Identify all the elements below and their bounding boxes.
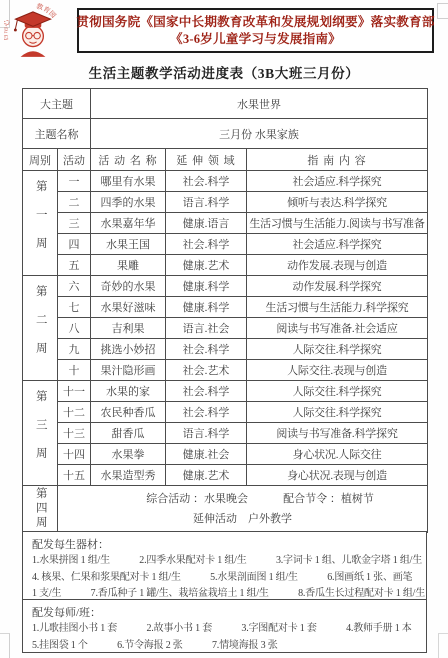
big-theme-value: 水果世界 (91, 89, 428, 119)
banner-line-1: 贯彻国务院《国家中长期教育改革和发展规划纲要》落实教育部 (76, 14, 434, 31)
activity-name: 挑选小妙招 (91, 339, 166, 360)
week-4-row: 第四周 综合活动 ：水果晚会配合节令 ：植树节 延伸活动 户外教学 (23, 486, 428, 533)
big-theme-row: 大主题 水果世界 (23, 89, 428, 119)
schedule-table: 大主题 水果世界 主题名称 三月份 水果家族 周别 活动 活 动 名 称 延 伸… (22, 88, 428, 533)
guide-content: 身心状况.人际交往 (247, 444, 428, 465)
activity-name: 水果的家 (91, 381, 166, 402)
materials-line: 5.挂图袋 1 个 6.节令海报 2 张 7.情境海报 3 张 (32, 638, 417, 655)
activity-row: 二 四季的水果 语言.科学 倾听与表达.科学探究 (23, 192, 428, 213)
activity-no: 二 (58, 192, 91, 213)
activity-name: 甜香瓜 (91, 423, 166, 444)
week-4-content-cell: 综合活动 ：水果晚会配合节令 ：植树节 延伸活动 户外教学 (58, 486, 428, 533)
guide-content: 动作发展.表现与创造 (247, 255, 428, 276)
extension-domain: 社会.科学 (166, 402, 247, 423)
activity-name: 水果好滋味 (91, 297, 166, 318)
activity-row: 第三周 十一 水果的家 社会.科学 人际交往.科学探究 (23, 381, 428, 402)
materials-line: 1.水果拼图 1 组/生 2.四季水果配对卡 1 组/生 3.字词卡 1 组、儿… (32, 553, 417, 570)
activity-no: 十三 (58, 423, 91, 444)
guide-content: 动作发展.科学探究 (247, 276, 428, 297)
week-4-line-1: 综合活动 ：水果晚会配合节令 ：植树节 (58, 489, 427, 509)
materials-per-teacher-box: 配发每师/班： 1.儿歌挂图小书 1 套 2.故事小书 1 套 3.字图配对卡 … (22, 599, 427, 653)
activity-row: 十四 水果拳 健康.社会 身心状况.人际交往 (23, 444, 428, 465)
guide-content: 人际交往.表现与创造 (247, 360, 428, 381)
activity-name: 哪里有水果 (91, 171, 166, 192)
activity-no: 六 (58, 276, 91, 297)
activity-no: 八 (58, 318, 91, 339)
activity-no: 四 (58, 234, 91, 255)
corner-mark-top-right (437, 3, 448, 19)
guide-content: 人际交往.科学探究 (247, 402, 428, 423)
week-3-label-cell: 第三周 (23, 381, 58, 486)
activity-name: 四季的水果 (91, 192, 166, 213)
week-2-label-cell: 第二周 (23, 276, 58, 381)
activity-name: 奇妙的水果 (91, 276, 166, 297)
guide-content: 阅读与书写准备.科学探究 (247, 423, 428, 444)
guide-content: 生活习惯与生活能力.科学探究 (247, 297, 428, 318)
guide-content: 社会适应.科学探究 (247, 171, 428, 192)
activity-row: 十五 水果造型秀 健康.艺术 身心状况.表现与创造 (23, 465, 428, 486)
activity-no: 十一 (58, 381, 91, 402)
activity-row: 第二周 六 奇妙的水果 健康.科学 动作发展.科学探究 (23, 276, 428, 297)
guide-content: 倾听与表达.科学探究 (247, 192, 428, 213)
activity-name: 水果拳 (91, 444, 166, 465)
theme-name-label: 主题名称 (23, 119, 91, 149)
extension-domain: 社会.科学 (166, 339, 247, 360)
materials-per-teacher-title: 配发每师/班： (32, 605, 417, 621)
activity-name: 水果造型秀 (91, 465, 166, 486)
activity-no: 十五 (58, 465, 91, 486)
activity-name: 果汁隐形画 (91, 360, 166, 381)
activity-no: 十 (58, 360, 91, 381)
materials-per-student-box: 配发每生器材： 1.水果拼图 1 组/生 2.四季水果配对卡 1 组/生 3.字… (22, 531, 427, 600)
activity-row: 七 水果好滋味 健康.科学 生活习惯与生活能力.科学探究 (23, 297, 428, 318)
activity-name: 吉利果 (91, 318, 166, 339)
week-1-label-cell: 第一周 (23, 171, 58, 276)
extension-domain: 社会.科学 (166, 171, 247, 192)
activity-row: 三 水果嘉年华 健康.语言 生活习惯与生活能力.阅读与书写准备 (23, 213, 428, 234)
extension-domain: 健康.艺术 (166, 255, 247, 276)
activity-row: 五 果雕 健康.艺术 动作发展.表现与创造 (23, 255, 428, 276)
activity-no: 一 (58, 171, 91, 192)
activity-no: 七 (58, 297, 91, 318)
col-header-week: 周别 (23, 149, 58, 171)
big-theme-label: 大主题 (23, 89, 91, 119)
guide-content: 人际交往.科学探究 (247, 339, 428, 360)
activity-no: 五 (58, 255, 91, 276)
activity-row: 四 水果王国 社会.科学 社会适应.科学探究 (23, 234, 428, 255)
policy-banner: 贯彻国务院《国家中长期教育改革和发展规划纲要》落实教育部 《3-6岁儿童学习与发… (77, 8, 434, 53)
col-header-extension-domain: 延 伸 领 域 (166, 149, 247, 171)
activity-no: 九 (58, 339, 91, 360)
activity-no: 十二 (58, 402, 91, 423)
materials-per-student-title: 配发每生器材： (32, 537, 417, 553)
corner-mark-bottom-left (0, 633, 10, 658)
activity-no: 三 (58, 213, 91, 234)
activity-row: 第一周 一 哪里有水果 社会.科学 社会适应.科学探究 (23, 171, 428, 192)
activity-row: 九 挑选小妙招 社会.科学 人际交往.科学探究 (23, 339, 428, 360)
logo-arc-text-left: 自信心 (4, 18, 12, 42)
column-header-row: 周别 活动 活 动 名 称 延 伸 领 域 指 南 内 容 (23, 149, 428, 171)
school-logo: 自信心 教育园 (4, 3, 62, 59)
week-4-line-2: 延伸活动 户外教学 (58, 509, 427, 529)
activity-name: 水果嘉年华 (91, 213, 166, 234)
activity-name: 水果王国 (91, 234, 166, 255)
extension-domain: 社会.艺术 (166, 360, 247, 381)
extension-domain: 语言.科学 (166, 192, 247, 213)
extension-domain: 语言.社会 (166, 318, 247, 339)
materials-line: 1.儿歌挂图小书 1 套 2.故事小书 1 套 3.字图配对卡 1 套 4.教师… (32, 621, 417, 638)
activity-row: 八 吉利果 语言.社会 阅读与书写准备.社会适应 (23, 318, 428, 339)
theme-name-row: 主题名称 三月份 水果家族 (23, 119, 428, 149)
graduate-mascot-icon (14, 12, 51, 57)
theme-name-value: 三月份 水果家族 (91, 119, 428, 149)
corner-mark-bottom-right (438, 633, 448, 658)
extension-domain: 社会.科学 (166, 381, 247, 402)
guide-content: 生活习惯与生活能力.阅读与书写准备 (247, 213, 428, 234)
banner-line-2: 《3-6岁儿童学习与发展指南》 (170, 31, 341, 48)
extension-domain: 语言.科学 (166, 423, 247, 444)
week-4-label-cell: 第四周 (23, 486, 58, 533)
col-header-guide-content: 指 南 内 容 (247, 149, 428, 171)
document-page: 自信心 教育园 贯彻国务院《国家中长期教育改革和发展规划纲要》落实教育部 《3-… (0, 0, 448, 658)
extension-domain: 社会.科学 (166, 234, 247, 255)
page-title: 生活主题教学活动进度表（3B大班三月份） (0, 62, 448, 82)
extension-domain: 健康.科学 (166, 297, 247, 318)
activity-no: 十四 (58, 444, 91, 465)
extension-domain: 健康.社会 (166, 444, 247, 465)
extension-domain: 健康.科学 (166, 276, 247, 297)
guide-content: 人际交往.科学探究 (247, 381, 428, 402)
col-header-activity-no: 活动 (58, 149, 91, 171)
activity-name: 果雕 (91, 255, 166, 276)
activity-name: 农民种香瓜 (91, 402, 166, 423)
activity-row: 十 果汁隐形画 社会.艺术 人际交往.表现与创造 (23, 360, 428, 381)
materials-line: 4. 核果、仁果和浆果配对卡 1 组/生 5.水果剖面图 1 组/生 6.图画纸… (32, 570, 417, 587)
col-header-activity-name: 活 动 名 称 (91, 149, 166, 171)
guide-content: 身心状况.表现与创造 (247, 465, 428, 486)
guide-content: 社会适应.科学探究 (247, 234, 428, 255)
guide-content: 阅读与书写准备.社会适应 (247, 318, 428, 339)
extension-domain: 健康.语言 (166, 213, 247, 234)
activity-row: 十二 农民种香瓜 社会.科学 人际交往.科学探究 (23, 402, 428, 423)
activity-row: 十三 甜香瓜 语言.科学 阅读与书写准备.科学探究 (23, 423, 428, 444)
extension-domain: 健康.艺术 (166, 465, 247, 486)
